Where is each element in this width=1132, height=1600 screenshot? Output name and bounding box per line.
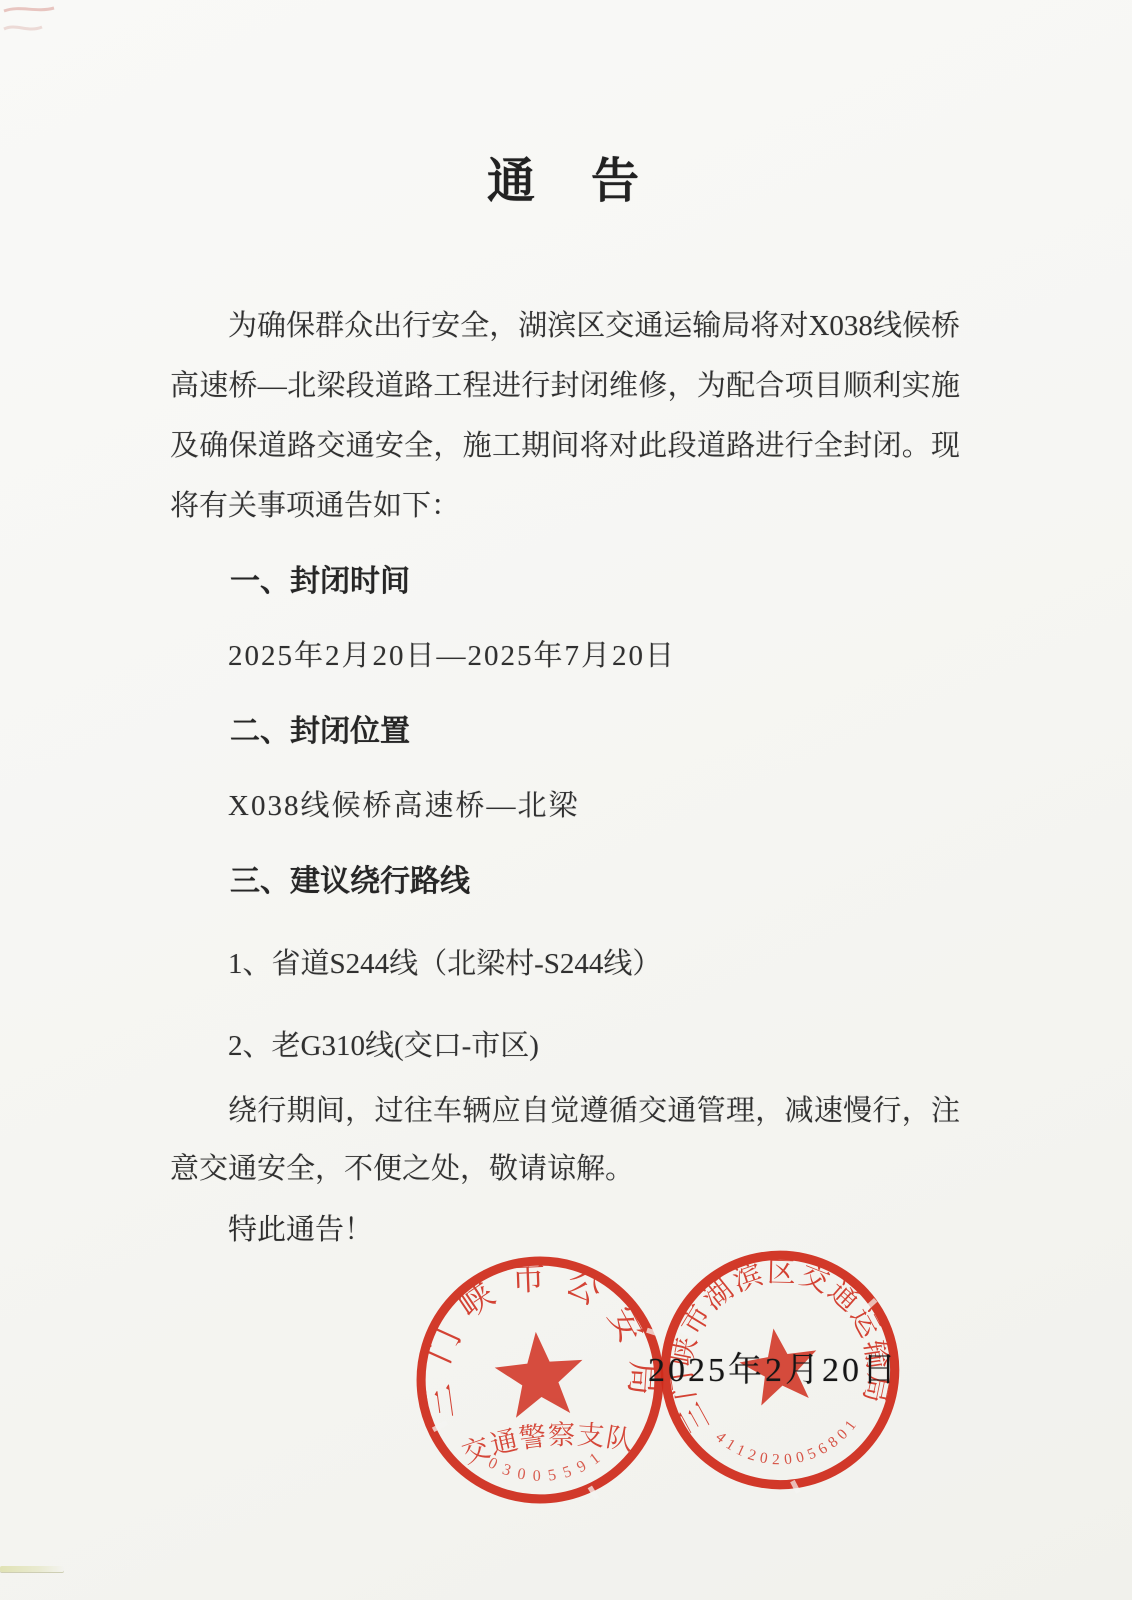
section-3-heading: 三、建议绕行路线: [170, 852, 960, 912]
seal-sub-text: 交通警察支队: [457, 1413, 639, 1472]
scanned-notice-page: 通 告 为确保群众出行安全，湖滨区交通运输局将对X038线候桥高速桥—北梁段道路…: [0, 0, 1132, 1600]
section-2-heading: 二、封闭位置: [170, 702, 960, 762]
section-2-content: X038线候桥高速桥—北梁: [170, 776, 960, 836]
detour-route-1: 1、省道S244线（北梁村-S244线）: [170, 934, 960, 994]
section-1-heading: 一、封闭时间: [170, 552, 960, 612]
red-scribble-mark: [2, 2, 82, 46]
detour-route-2: 2、老G310线(交口-市区): [170, 1016, 960, 1076]
star-icon: [492, 1328, 587, 1419]
scan-line-artifact: [0, 1566, 64, 1572]
outro-paragraph: 绕行期间，过往车辆应自觉遵循交通管理，减速慢行，注意交通安全，不便之处，敬请谅解…: [170, 1082, 960, 1198]
stamp-date: 2025年2月20日: [648, 1342, 899, 1391]
page-title: 通 告: [170, 152, 960, 212]
section-1-content: 2025年2月20日—2025年7月20日: [170, 626, 960, 686]
intro-paragraph: 为确保群众出行安全，湖滨区交通运输局将对X038线候桥高速桥—北梁段道路工程进行…: [170, 296, 960, 536]
notice-body: 通 告 为确保群众出行安全，湖滨区交通运输局将对X038线候桥高速桥—北梁段道路…: [170, 152, 960, 1260]
